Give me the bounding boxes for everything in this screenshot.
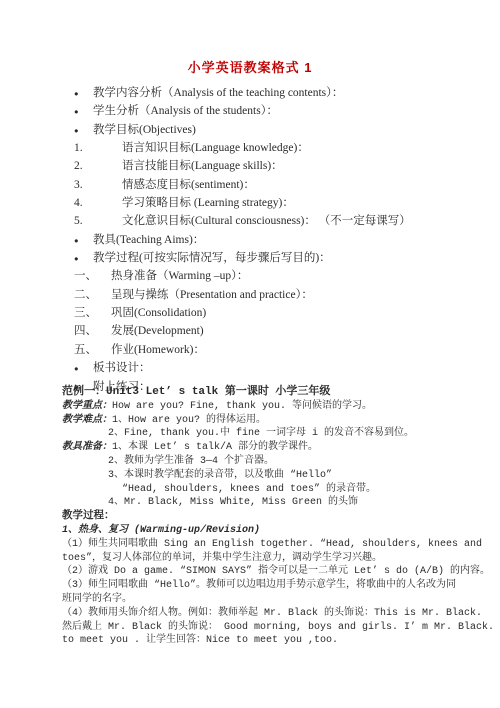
item-cn-number: 一、 [74, 267, 111, 285]
outline-item-label: 学习策略目标 (Learning strategy)： [122, 194, 294, 212]
paragraph-line: to meet you . 让学生回答：Nice to meet you ,to… [62, 634, 482, 648]
bullet-icon: ● [74, 360, 93, 378]
document-page: 小学英语教案格式 1 ●教学内容分析（Analysis of the teach… [0, 0, 500, 708]
item-number: 5. [74, 212, 122, 230]
outline-item-label: 情感态度目标(sentiment)： [122, 176, 255, 194]
outline-item: 4.学习策略目标 (Learning strategy)： [74, 194, 470, 212]
outline-item: 一、热身准备（Warming –up）： [74, 267, 470, 285]
outline-item: 3.情感态度目标(sentiment)： [74, 176, 470, 194]
paragraph-line: （4）教师用头饰介绍人物。例如：教师举起 Mr. Black 的头饰说：This… [62, 607, 482, 621]
item-number: 1. [74, 139, 122, 157]
bullet-icon: ● [74, 103, 93, 121]
paragraph-line: 班同学的名字。 [62, 593, 482, 607]
outline-item: 四、发展(Development) [74, 322, 470, 340]
outline-item: 三、巩固(Consolidation) [74, 304, 470, 322]
outline-item-label: 教学内容分析（Analysis of the teaching contents… [93, 84, 343, 102]
item-number: 4. [74, 194, 122, 212]
outline-item: ●教学过程(可按实际情况写，每步骤后写目的)： [74, 249, 470, 267]
item-number: 3. [74, 176, 122, 194]
paragraph-line: 然后戴上 Mr. Black 的头饰说： Good morning, boys … [62, 621, 482, 635]
step1-heading: 1、热身、复习 (Warming-up/Revision) [62, 524, 482, 538]
outline-section: ●教学内容分析（Analysis of the teaching content… [74, 84, 470, 396]
paragraph-line: （2）游戏 Do a game. “SIMON SAYS” 指令可以是一二单元 … [62, 565, 482, 579]
item-cn-number: 五、 [74, 341, 111, 359]
paragraph-line: toes”，复习人体部位的单词，并集中学生注意力，调动学生学习兴趣。 [62, 552, 482, 566]
outline-item: 2.语言技能目标(Language skills)： [74, 157, 470, 175]
bullet-icon: ● [74, 250, 93, 268]
aids-text: 1、本课 Let’ s talk/A 部分的教学课件。 [112, 442, 318, 453]
outline-item: ●教学内容分析（Analysis of the teaching content… [74, 84, 470, 102]
outline-item: 二、呈现与操练（Presentation and practice）： [74, 286, 470, 304]
paragraph-line: （1）师生共同唱歌曲 Sing an English together. “He… [62, 538, 482, 552]
outline-item-label: 教具(Teaching Aims)： [93, 231, 204, 249]
key-points-text: How are you? Fine, thank you. 等问候语的学习。 [112, 401, 372, 412]
outline-item-label: 呈现与操练（Presentation and practice）： [111, 286, 313, 304]
aids-line-2: 2、教师为学生准备 3—4 个扩音器。 [62, 455, 482, 469]
paragraph-line: （3）师生同唱歌曲 “Hello”。教师可以边唱边用手势示意学生，将歌曲中的人名… [62, 579, 482, 593]
outline-item-label: 教学目标(Objectives) [93, 121, 196, 139]
sample-heading: 范例一：Unit3 Let’ s talk 第一课时 小学三年级 [62, 386, 482, 400]
key-points-label: 教学重点： [62, 401, 112, 412]
outline-item-label: 语言知识目标(Language knowledge)： [122, 139, 309, 157]
bullet-icon: ● [74, 85, 93, 103]
aids-line-3: 3、本课时教学配套的录音带，以及歌曲 “Hello” [62, 469, 482, 483]
outline-item-label: 作业(Homework)： [111, 341, 205, 359]
outline-item-label: 热身准备（Warming –up）： [111, 267, 248, 285]
sample-lesson-section: 范例一：Unit3 Let’ s talk 第一课时 小学三年级 教学重点：Ho… [62, 386, 482, 648]
difficulties-line: 教学难点：1、How are you? 的得体运用。 [62, 414, 482, 428]
difficulties-text: 1、How are you? 的得体运用。 [112, 415, 266, 426]
aids-line-3b: “Head, shoulders, knees and toes” 的录音带。 [62, 483, 482, 497]
difficulties-label: 教学难点： [62, 415, 112, 426]
item-cn-number: 四、 [74, 322, 111, 340]
outline-item: 1.语言知识目标(Language knowledge)： [74, 139, 470, 157]
item-cn-number: 二、 [74, 286, 111, 304]
bullet-icon: ● [74, 232, 93, 250]
bullet-icon: ● [74, 122, 93, 140]
outline-item-label: 巩固(Consolidation) [111, 304, 206, 322]
process-heading: 教学过程： [62, 510, 482, 524]
outline-item: 五、作业(Homework)： [74, 341, 470, 359]
outline-item: ●教学目标(Objectives) [74, 121, 470, 139]
outline-item: 5.文化意识目标(Cultural consciousness)： （不一定每课… [74, 212, 470, 230]
document-title: 小学英语教案格式 1 [0, 57, 500, 76]
key-points-line: 教学重点：How are you? Fine, thank you. 等问候语的… [62, 400, 482, 414]
outline-item-label: 教学过程(可按实际情况写，每步骤后写目的)： [93, 249, 331, 267]
outline-item: ●学生分析（Analysis of the students）： [74, 102, 470, 120]
item-cn-number: 三、 [74, 304, 111, 322]
outline-item: ●板书设计： [74, 359, 470, 377]
difficulties-line-2: 2、Fine, thank you.中 fine 一词字母 i 的发音不容易到位… [62, 427, 482, 441]
aids-line-4: 4、Mr. Black, Miss White, Miss Green 的头饰 [62, 496, 482, 510]
outline-item-label: 学生分析（Analysis of the students）： [93, 102, 278, 120]
outline-item-label: 语言技能目标(Language skills)： [122, 157, 283, 175]
item-number: 2. [74, 157, 122, 175]
aids-line: 教具准备：1、本课 Let’ s talk/A 部分的教学课件。 [62, 441, 482, 455]
aids-label: 教具准备： [62, 442, 112, 453]
outline-item: ●教具(Teaching Aims)： [74, 231, 470, 249]
outline-item-label: 文化意识目标(Cultural consciousness)： （不一定每课写） [122, 212, 411, 230]
outline-item-label: 发展(Development) [111, 322, 204, 340]
outline-item-label: 板书设计： [93, 359, 151, 377]
